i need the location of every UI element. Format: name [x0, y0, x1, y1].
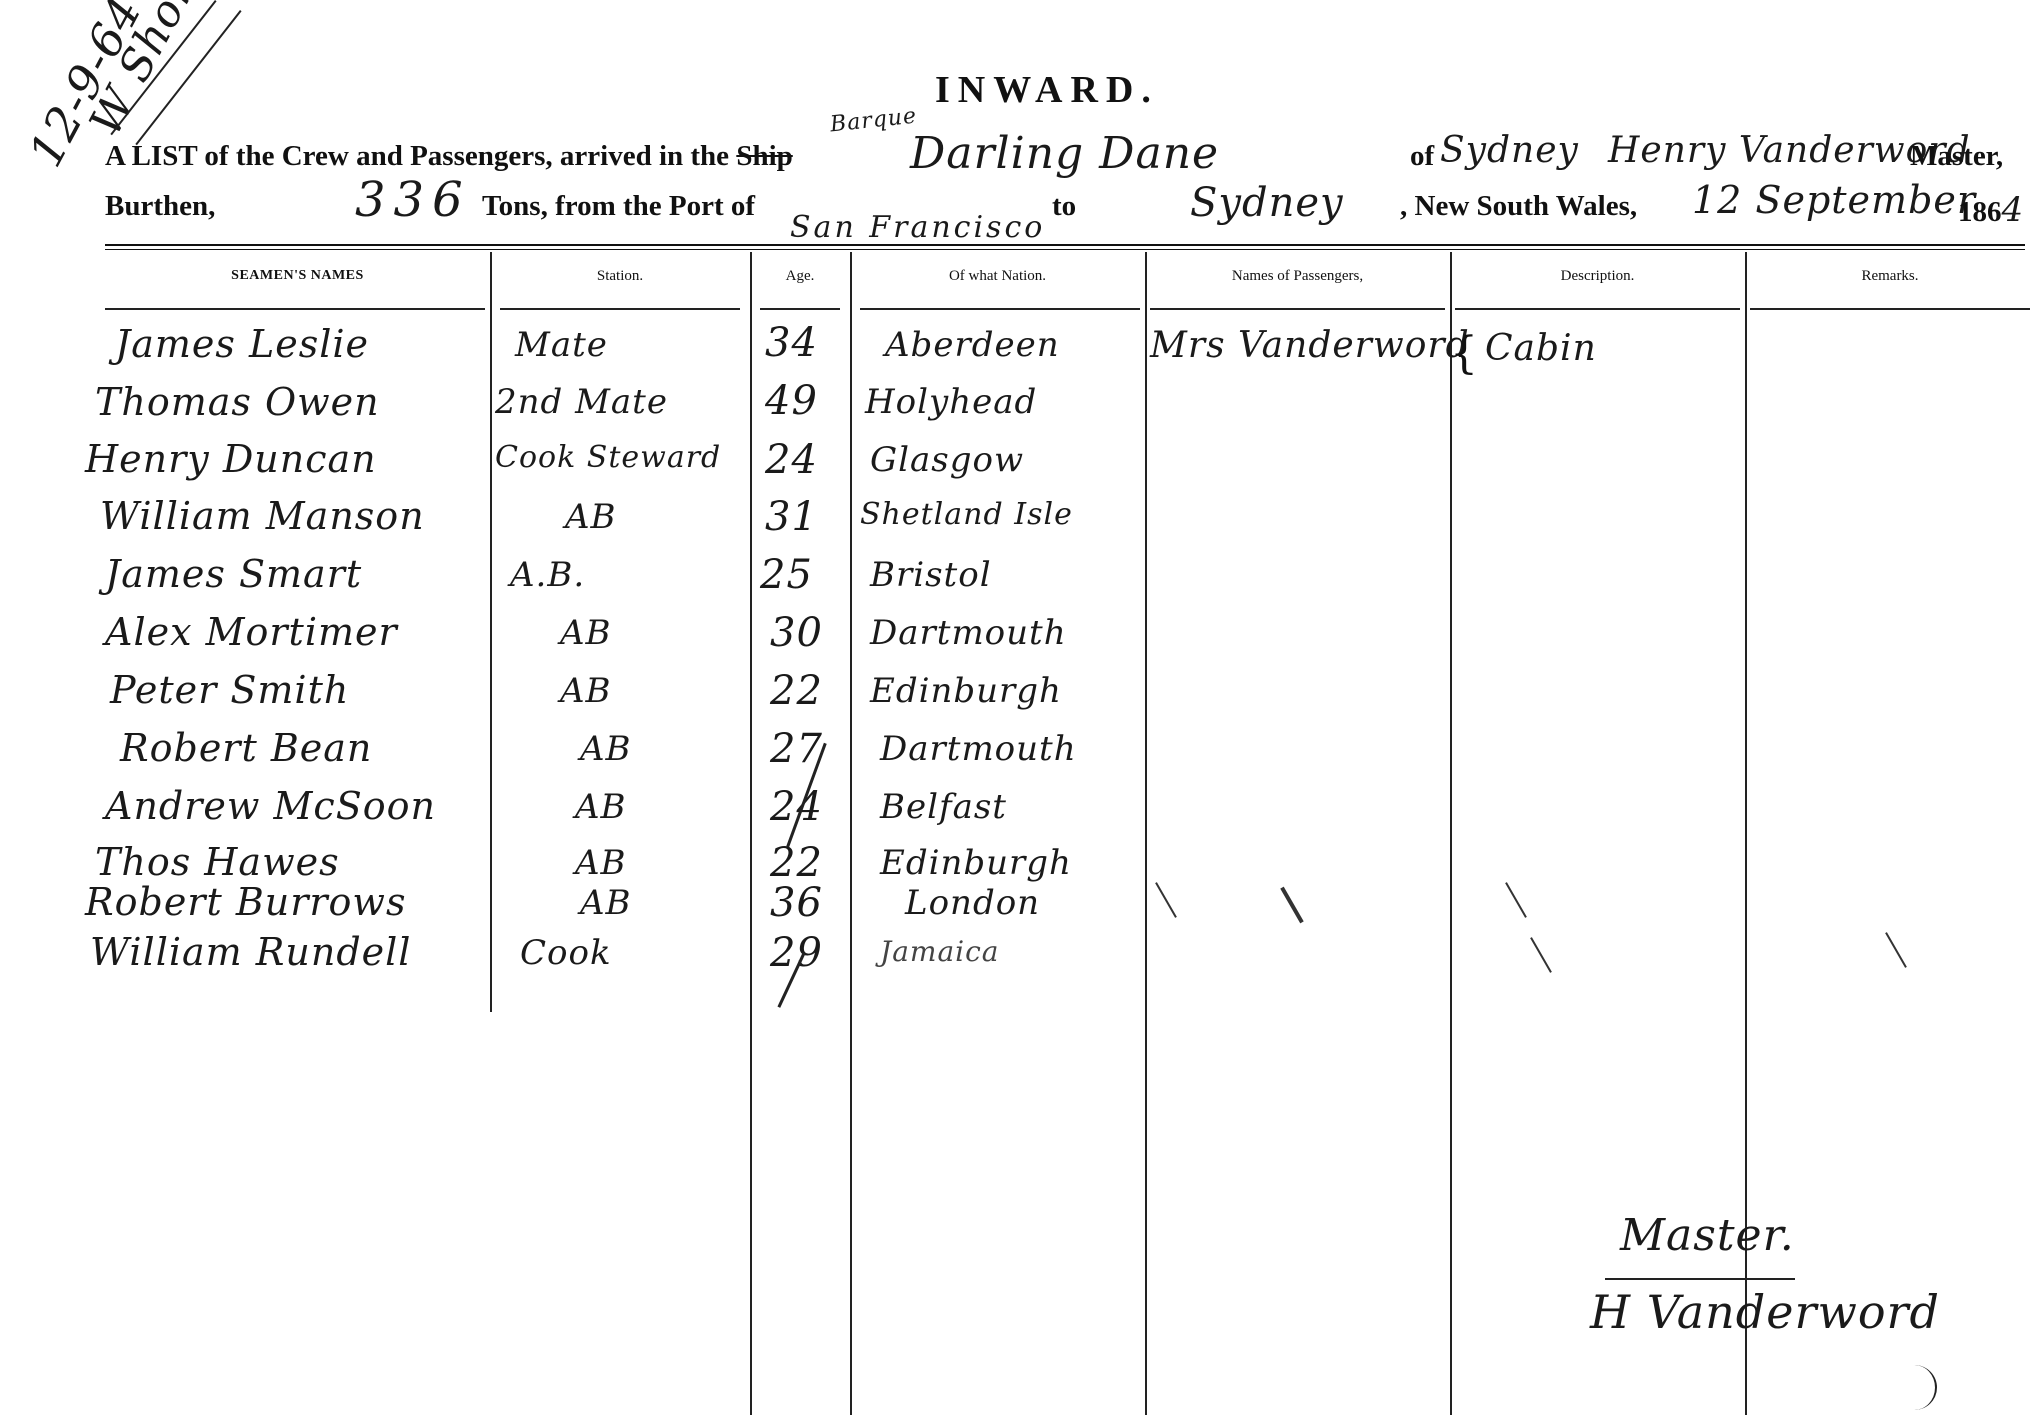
- col-header-age: Age.: [750, 268, 850, 285]
- seaman-nation: Dartmouth: [880, 729, 1077, 769]
- year-printed-text: 186: [1958, 196, 2002, 228]
- heading-underline-remarks: [1750, 308, 2030, 310]
- header-line1-prefix: A LIST of the Crew and Passengers, arriv…: [105, 140, 793, 173]
- col-header-seamen-names: SEAMEN'S NAMES: [105, 268, 490, 284]
- heading-underline-station: [500, 308, 740, 310]
- seaman-name: Thos Hawes: [95, 840, 340, 884]
- seaman-name: Andrew McSoon: [105, 784, 436, 828]
- seaman-nation: London: [905, 883, 1040, 923]
- home-port: Sydney: [1440, 130, 1579, 171]
- seaman-station: Cook Steward: [495, 440, 721, 475]
- col-sep-3: [850, 252, 852, 1415]
- heading-underline-description: [1455, 308, 1740, 310]
- header-line1-text: A LIST of the Crew and Passengers, arriv…: [105, 140, 729, 172]
- seaman-station: A.B.: [510, 555, 585, 595]
- seaman-name: James Smart: [105, 552, 362, 596]
- ink-mark: [1505, 882, 1527, 918]
- seaman-name: Alex Mortimer: [105, 610, 398, 654]
- to-port: Sydney: [1190, 180, 1344, 226]
- seaman-nation: Aberdeen: [885, 325, 1060, 365]
- seaman-station: AB: [580, 883, 632, 923]
- heading-underline-age: [760, 308, 840, 310]
- col-sep-2: [750, 252, 752, 1415]
- ink-mark: [1280, 887, 1303, 924]
- col-header-nation: Of what Nation.: [850, 268, 1145, 285]
- seaman-age: 24: [765, 437, 818, 483]
- tons-value: 336: [355, 172, 471, 228]
- year-printed: 1864: [1958, 190, 2024, 230]
- heading-underline-passengers: [1150, 308, 1445, 310]
- seaman-nation: Shetland Isle: [860, 497, 1073, 532]
- seaman-station: AB: [565, 497, 617, 537]
- seaman-age: 49: [765, 378, 818, 424]
- seaman-station: AB: [580, 729, 632, 769]
- heading-underline-names: [105, 308, 485, 310]
- seaman-station: 2nd Mate: [495, 382, 668, 422]
- to-label: to: [1052, 190, 1076, 223]
- seaman-station: Mate: [515, 325, 608, 365]
- ink-mark: [1885, 932, 1907, 968]
- seaman-name: William Rundell: [90, 930, 411, 974]
- from-port: San Francisco: [790, 210, 1045, 245]
- seaman-name: James Leslie: [115, 322, 369, 366]
- master-label: Master,: [1910, 140, 2003, 173]
- header-rule-top: [105, 244, 2025, 246]
- seaman-age: 36: [770, 880, 823, 926]
- seaman-nation: Edinburgh: [870, 671, 1062, 711]
- signature-flourish: [1905, 1365, 1937, 1410]
- col-sep-5: [1450, 252, 1452, 1415]
- year-handwritten: 4: [2002, 190, 2025, 230]
- seaman-station: AB: [575, 843, 627, 883]
- seaman-name: Henry Duncan: [85, 437, 377, 481]
- seaman-nation: Dartmouth: [870, 613, 1067, 653]
- col-header-remarks: Remarks.: [1745, 268, 2035, 285]
- ink-mark: [1530, 937, 1552, 973]
- heading-underline-nation: [860, 308, 1140, 310]
- seaman-name: William Manson: [100, 494, 425, 538]
- seaman-station: AB: [575, 787, 627, 827]
- signature-underline: [1605, 1278, 1795, 1280]
- seaman-age: 31: [765, 494, 818, 540]
- seaman-name: Robert Burrows: [85, 880, 406, 924]
- arrival-date: 12 September: [1692, 178, 1976, 222]
- of-label: of: [1410, 140, 1434, 173]
- ink-mark: [1155, 882, 1177, 918]
- signature-name: H Vanderword: [1590, 1285, 1940, 1339]
- col-header-station: Station.: [490, 268, 750, 285]
- seaman-nation: Bristol: [870, 555, 992, 595]
- tons-label: Tons, from the Port of: [482, 190, 755, 223]
- passenger-brace: {: [1450, 328, 1478, 379]
- seaman-age: 34: [765, 320, 818, 366]
- col-sep-1: [490, 252, 492, 1012]
- vessel-type-inserted: Barque: [829, 104, 918, 138]
- seaman-name: Thomas Owen: [95, 380, 380, 424]
- seaman-age: 22: [770, 668, 823, 714]
- colony-label: , New South Wales,: [1400, 190, 1637, 223]
- seaman-station: AB: [560, 671, 612, 711]
- seaman-station: AB: [560, 613, 612, 653]
- seaman-age: 30: [770, 610, 823, 656]
- seaman-nation: Belfast: [880, 787, 1007, 827]
- seaman-nation: Glasgow: [870, 440, 1024, 480]
- passenger-description: Cabin: [1485, 328, 1597, 369]
- header-rule-bottom: [105, 249, 2025, 250]
- passenger-name: Mrs Vanderword: [1150, 325, 1470, 366]
- seaman-name: Peter Smith: [110, 668, 349, 712]
- page-title: INWARD.: [935, 68, 1159, 112]
- seaman-nation: Holyhead: [865, 382, 1037, 422]
- col-sep-4: [1145, 252, 1147, 1415]
- vessel-type-struck: Ship: [736, 140, 792, 172]
- seaman-station: Cook: [520, 933, 612, 973]
- col-header-passengers: Names of Passengers,: [1145, 268, 1450, 285]
- seaman-nation: Jamaica: [880, 935, 1000, 968]
- seaman-nation: Edinburgh: [880, 843, 1072, 883]
- col-header-description: Description.: [1450, 268, 1745, 285]
- vessel-name: Darling Dane: [910, 128, 1219, 179]
- signature-role: Master.: [1620, 1210, 1795, 1261]
- seaman-name: Robert Bean: [120, 726, 372, 770]
- burthen-label: Burthen,: [105, 190, 215, 223]
- seaman-age: 25: [760, 552, 813, 598]
